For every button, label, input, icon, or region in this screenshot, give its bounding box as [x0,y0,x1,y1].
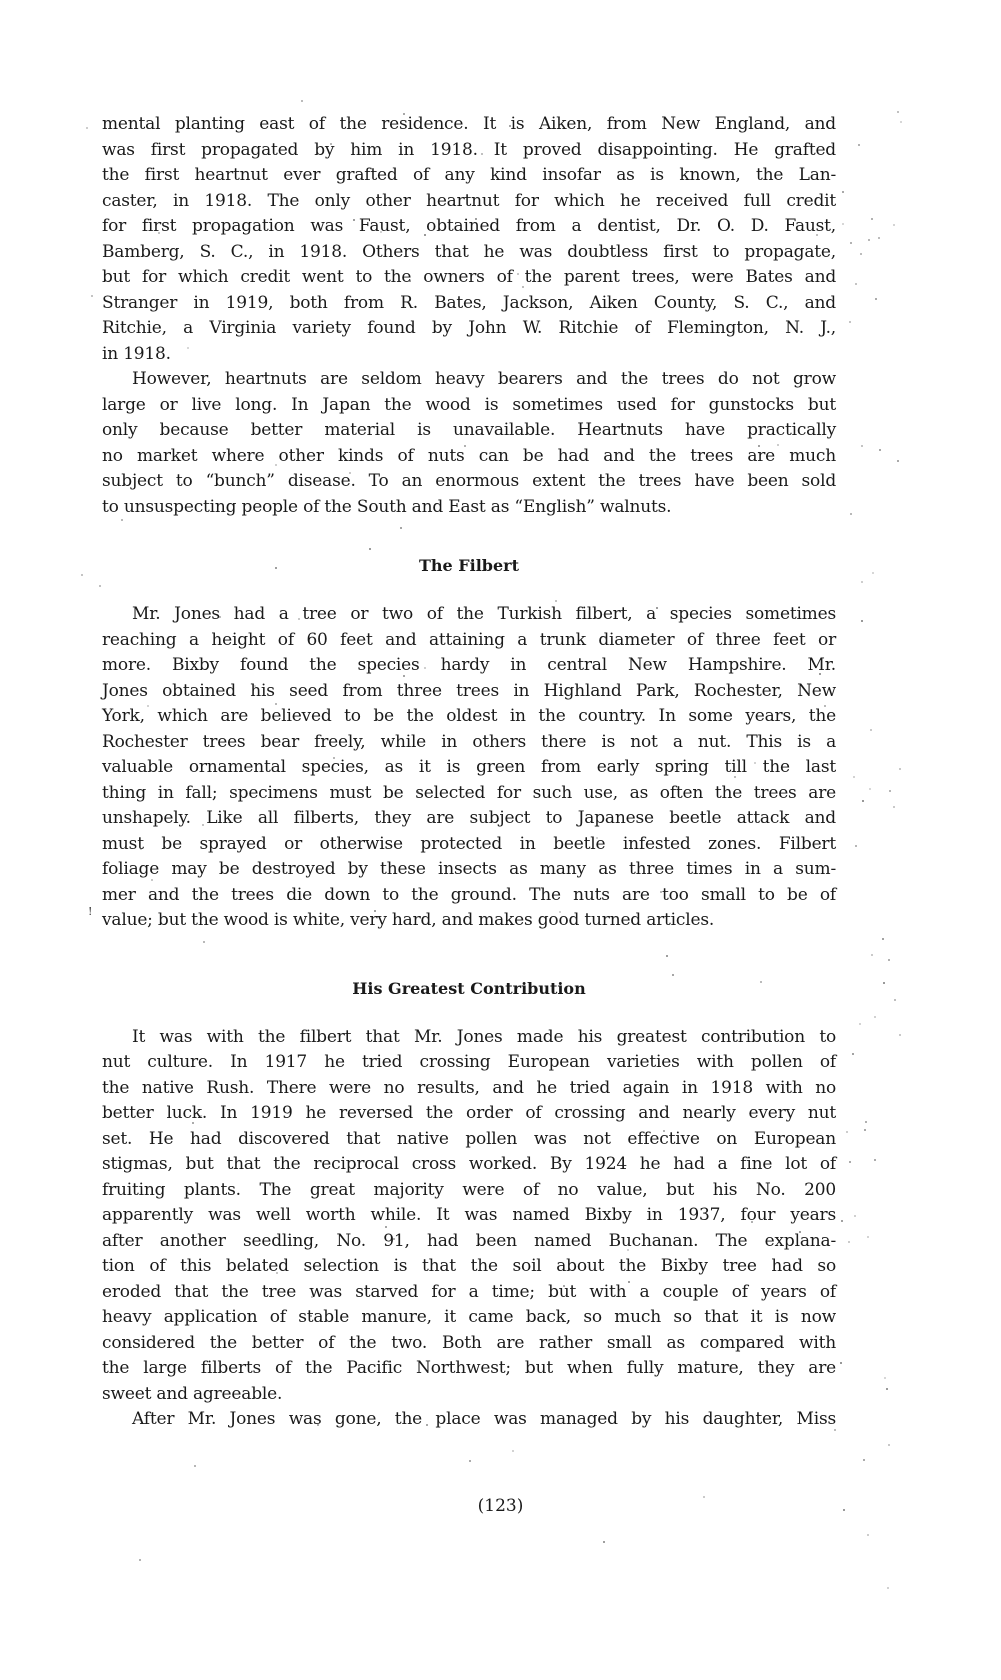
speck [475,218,477,220]
speck [840,1362,842,1364]
speck [91,295,93,297]
speck [140,848,142,850]
speck [666,955,668,957]
margin-mark: ! [88,905,92,918]
text-line: subject to “bunch” disease. To an enormo… [102,469,836,495]
section-filbert: Mr. Jones had a tree or two of the Turki… [102,602,836,934]
speck [850,242,852,244]
speck [893,806,895,808]
paragraph: After Mr. Jones was gone, the place was … [102,1407,836,1433]
speck [897,111,899,113]
text-line: thing in fall; specimens must be selecte… [102,781,836,807]
speck [884,1377,886,1379]
text-line: Bamberg, S. C., in 1918. Others that he … [102,240,836,266]
speck [728,1365,730,1367]
text-line: must be sprayed or otherwise protected i… [102,832,836,858]
text-line: only because better material is unavaila… [102,418,836,444]
speck [848,1241,850,1243]
text-line: considered the better of the two. Both a… [102,1331,836,1357]
text-line: Mr. Jones had a tree or two of the Turki… [102,602,836,628]
speck [861,445,863,447]
speck [187,347,189,349]
speck [816,234,818,236]
speck [899,768,901,770]
text-line: the large filberts of the Pacific Northw… [102,1356,836,1382]
speck [862,800,864,802]
text-line: tion of this belated selection is that t… [102,1254,836,1280]
speck [897,460,899,462]
section-greatest-contribution: It was with the filbert that Mr. Jones m… [102,1025,836,1433]
section-heading-filbert: The Filbert [102,553,836,578]
text-line: Rochester trees bear freely, while in ot… [102,730,836,756]
text-line: apparently was well worth while. It was … [102,1203,836,1229]
speck [869,788,871,790]
speck [879,449,881,451]
speck [841,1220,843,1222]
text-line: more. Bixby found the species hardy in c… [102,653,836,679]
speck [621,402,623,404]
speck [899,1034,901,1036]
speck [380,231,382,233]
speck [871,954,873,956]
speck [512,1450,514,1452]
section-heading-greatest-contribution: His Greatest Contribution [102,976,836,1001]
speck [865,1121,867,1123]
text-line: but for which credit went to the owners … [102,265,836,291]
paragraph: It was with the filbert that Mr. Jones m… [102,1025,836,1408]
speck [888,959,890,961]
text-line: However, heartnuts are seldom heavy bear… [102,367,836,393]
text-line: better luck. In 1919 he reversed the ord… [102,1101,836,1127]
speck [559,911,561,913]
speck [842,191,844,193]
speck [889,790,891,792]
speck [469,1460,471,1462]
speck [855,845,857,847]
speck [900,121,902,123]
speck [603,1541,605,1543]
speck [894,999,896,1001]
speck [888,1444,890,1446]
speck [864,1129,866,1131]
speck [860,253,862,255]
text-line: for first propagation was Faust, obtaine… [102,214,836,240]
speck [663,1130,665,1132]
speck [579,502,581,504]
text-line: Ritchie, a Virginia variety found by Joh… [102,316,836,342]
document-page: mental planting east of the residence. I… [102,112,836,1433]
text-line: after another seedling, No. 91, had been… [102,1229,836,1255]
section-heartnut-continuation: mental planting east of the residence. I… [102,112,836,520]
speck [868,239,870,241]
text-line: the first heartnut ever grafted of any k… [102,163,836,189]
speck [703,1496,705,1498]
paragraph: mental planting east of the residence. I… [102,112,836,367]
speck [311,1296,313,1298]
speck [754,762,756,764]
speck [861,581,863,583]
speck [777,444,779,446]
speck [842,223,844,225]
speck [855,283,857,285]
speck [850,513,852,515]
text-line: reaching a height of 60 feet and attaini… [102,628,836,654]
text-line: York, which are believed to be the oldes… [102,704,836,730]
speck [863,1459,865,1461]
text-line: After Mr. Jones was gone, the place was … [102,1407,836,1433]
text-line: value; but the wood is white, very hard,… [102,908,836,934]
text-line: fruiting plants. The great majority were… [102,1178,836,1204]
speck [298,618,300,620]
text-line: heavy application of stable manure, it c… [102,1305,836,1331]
speck [276,1272,278,1274]
speck [846,1131,848,1133]
text-line: set. He had discovered that native polle… [102,1127,836,1153]
text-line: Jones obtained his seed from three trees… [102,679,836,705]
speck [417,791,419,793]
speck [882,938,884,940]
page-number: (123) [0,1496,1001,1516]
speck [852,1053,854,1055]
text-line: mental planting east of the residence. I… [102,112,836,138]
text-line: unshapely. Like all filberts, they are s… [102,806,836,832]
speck [886,1388,888,1390]
speck [301,100,303,102]
text-line: mer and the trees die down to the ground… [102,883,836,909]
speck [849,1161,851,1163]
text-line: to unsuspecting people of the South and … [102,495,836,521]
speck [672,974,674,976]
speck [867,1534,869,1536]
text-line: was first propagated by him in 1918. It … [102,138,836,164]
speck [854,1215,856,1217]
speck [853,776,855,778]
paragraph: Mr. Jones had a tree or two of the Turki… [102,602,836,934]
speck [86,127,88,129]
speck [872,572,874,574]
speck [883,982,885,984]
speck [861,620,863,622]
text-line: foliage may be destroyed by these insect… [102,857,836,883]
speck [871,218,873,220]
text-line: large or live long. In Japan the wood is… [102,393,836,419]
speck [867,1236,869,1238]
speck [843,1509,845,1511]
text-line: Stranger in 1919, both from R. Bates, Ja… [102,291,836,317]
text-line: eroded that the tree was starved for a t… [102,1280,836,1306]
speck [878,237,880,239]
speck [859,1023,861,1025]
speck [627,1249,629,1251]
speck [887,1587,889,1589]
speck [858,144,860,146]
text-line: no market where other kinds of nuts can … [102,444,836,470]
text-line: It was with the filbert that Mr. Jones m… [102,1025,836,1051]
speck [875,298,877,300]
text-line: in 1918. [102,342,836,368]
speck [349,472,351,474]
speck [139,1559,141,1561]
speck [874,1016,876,1018]
speck [660,891,662,893]
paragraph: However, heartnuts are seldom heavy bear… [102,367,836,520]
text-line: the native Rush. There were no results, … [102,1076,836,1102]
speck [870,729,872,731]
text-line: caster, in 1918. The only other heartnut… [102,189,836,215]
text-line: valuable ornamental species, as it is gr… [102,755,836,781]
text-line: nut culture. In 1917 he tried crossing E… [102,1050,836,1076]
speck [464,445,466,447]
text-line: stigmas, but that the reciprocal cross w… [102,1152,836,1178]
speck [874,1159,876,1161]
text-line: sweet and agreeable. [102,1382,836,1408]
speck [893,224,895,226]
speck [849,321,851,323]
speck [596,837,598,839]
speck [509,125,511,127]
speck [203,941,205,943]
speck [194,1465,196,1467]
speck [99,585,101,587]
speck [81,574,83,576]
